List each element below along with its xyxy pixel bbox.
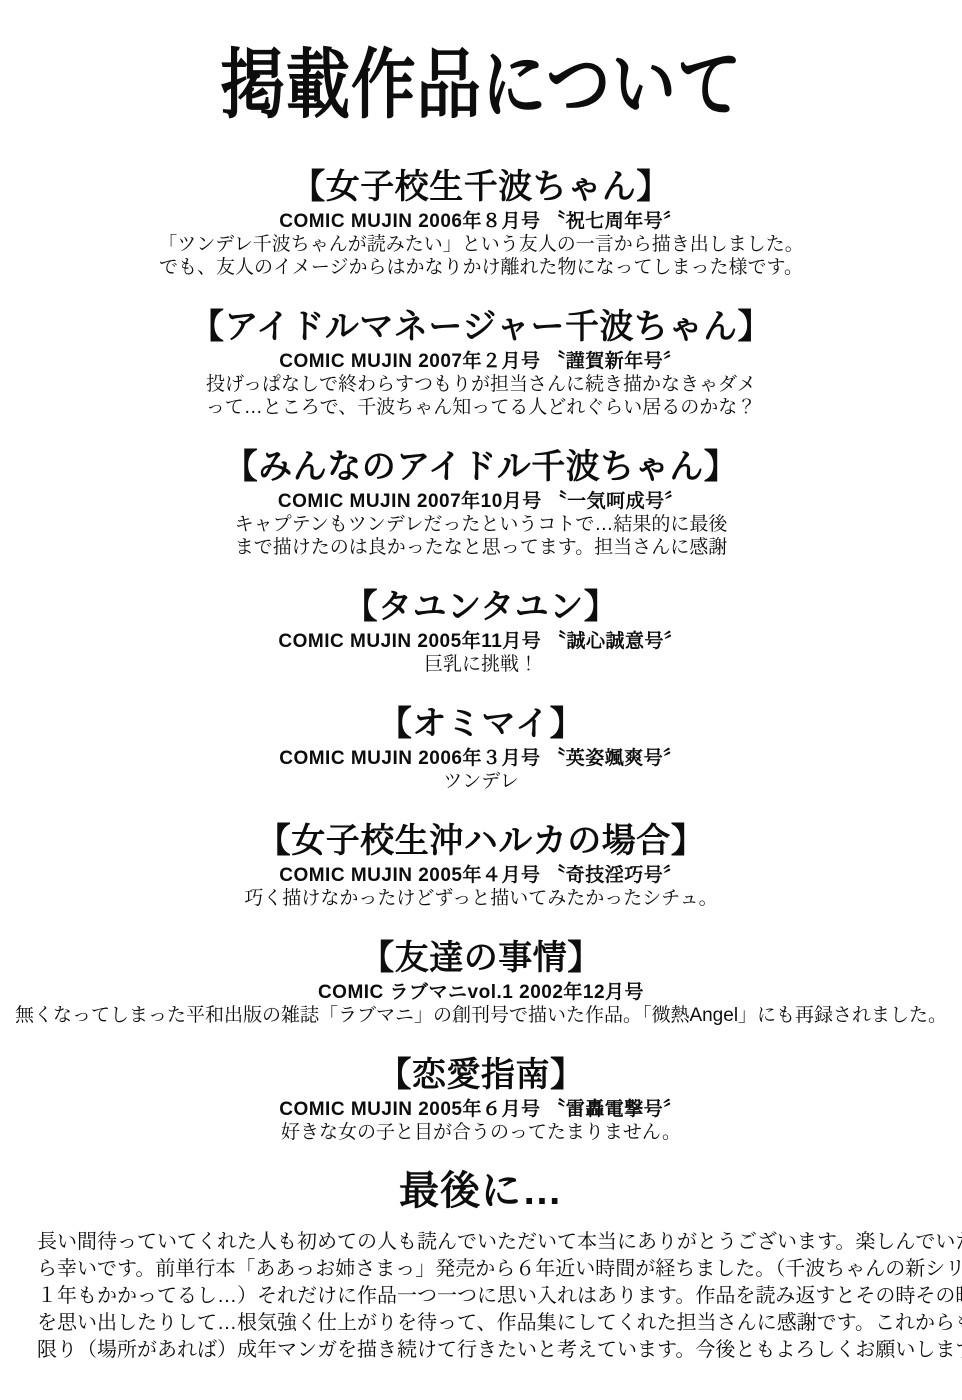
- closing-line: ら幸いです。前単行本「ああっお姉さまっ」発売から６年近い時間が経ちました。（千波…: [37, 1256, 925, 1283]
- work-section: 【友達の事情】 COMIC ラブマニvol.1 2002年12月号 無くなってし…: [0, 935, 962, 1027]
- work-title: 【オミマイ】: [0, 701, 962, 747]
- work-section: 【恋愛指南】 COMIC MUJIN 2005年６月号 〝雷轟電撃号〞 好きな女…: [0, 1052, 962, 1144]
- work-comment: まで描けたのは良かったなと思ってます。担当さんに感謝: [0, 536, 962, 559]
- work-comment: 投げっぱなしで終わらすつもりが担当さんに続き描かなきゃダメ: [0, 373, 962, 396]
- work-title: 【タユンタユン】: [0, 584, 962, 630]
- work-comment: 巨乳に挑戦！: [0, 653, 962, 676]
- work-title: 【みんなのアイドル千波ちゃん】: [0, 444, 962, 490]
- work-title: 【女子校生沖ハルカの場合】: [0, 818, 962, 864]
- work-section: 【アイドルマネージャー千波ちゃん】 COMIC MUJIN 2007年２月号 〝…: [0, 304, 962, 419]
- work-publication: COMIC ラブマニvol.1 2002年12月号: [0, 981, 962, 1004]
- work-publication: COMIC MUJIN 2005年11月号 〝誠心誠意号〞: [0, 630, 962, 653]
- work-section: 【女子校生千波ちゃん】 COMIC MUJIN 2006年８月号 〝祝七周年号〞…: [0, 164, 962, 279]
- work-comment: 無くなってしまった平和出版の雑誌「ラブマニ」の創刊号で描いた作品。「微熱Ange…: [0, 1004, 962, 1027]
- work-comment: 巧く描けなかったけどずっと描いてみたかったシチュ。: [0, 887, 962, 910]
- closing-line: １年もかかってるし…）それだけに作品一つ一つに思い入れはあります。作品を読み返す…: [37, 1283, 925, 1310]
- work-section: 【女子校生沖ハルカの場合】 COMIC MUJIN 2005年４月号 〝奇技淫巧…: [0, 818, 962, 910]
- work-comment: 「ツンデレ千波ちゃんが読みたい」という友人の一言から描き出しました。: [0, 233, 962, 256]
- work-comment: 好きな女の子と目が合うのってたまりません。: [0, 1121, 962, 1144]
- work-section: 【オミマイ】 COMIC MUJIN 2006年３月号 〝英姿颯爽号〞 ツンデレ: [0, 701, 962, 793]
- work-title: 【恋愛指南】: [0, 1052, 962, 1098]
- work-title: 【アイドルマネージャー千波ちゃん】: [0, 304, 962, 350]
- work-publication: COMIC MUJIN 2007年10月号 〝一気呵成号〞: [0, 490, 962, 513]
- work-section: 【タユンタユン】 COMIC MUJIN 2005年11月号 〝誠心誠意号〞 巨…: [0, 584, 962, 676]
- work-publication: COMIC MUJIN 2006年３月号 〝英姿颯爽号〞: [0, 747, 962, 770]
- work-comment: って…ところで、千波ちゃん知ってる人どれぐらい居るのかな？: [0, 396, 962, 419]
- work-comment: でも、友人のイメージからはかなりかけ離れた物になってしまった様です。: [0, 256, 962, 279]
- work-comment: ツンデレ: [0, 770, 962, 793]
- page-title: 掲載作品について: [220, 46, 742, 126]
- closing-line: 長い間待っていてくれた人も初めての人も読んでいただいて本当にありがとうございます…: [37, 1229, 925, 1256]
- work-section: 【みんなのアイドル千波ちゃん】 COMIC MUJIN 2007年10月号 〝一…: [0, 444, 962, 559]
- works-list: 【女子校生千波ちゃん】 COMIC MUJIN 2006年８月号 〝祝七周年号〞…: [0, 164, 962, 1144]
- work-publication: COMIC MUJIN 2005年６月号 〝雷轟電撃号〞: [0, 1098, 962, 1121]
- work-publication: COMIC MUJIN 2006年８月号 〝祝七周年号〞: [0, 210, 962, 233]
- work-title: 【女子校生千波ちゃん】: [0, 164, 962, 210]
- work-publication: COMIC MUJIN 2005年４月号 〝奇技淫巧号〞: [0, 864, 962, 887]
- book-page: 掲載作品について 【女子校生千波ちゃん】 COMIC MUJIN 2006年８月…: [0, 0, 962, 1400]
- closing-line: 限り（場所があれば）成年マンガを描き続けて行きたいと考えています。今後ともよろし…: [37, 1337, 925, 1364]
- work-title: 【友達の事情】: [0, 935, 962, 981]
- closing-paragraph: 長い間待っていてくれた人も初めての人も読んでいただいて本当にありがとうございます…: [37, 1229, 925, 1364]
- closing-section: 最後に… 長い間待っていてくれた人も初めての人も読んでいただいて本当にありがとう…: [0, 1169, 962, 1364]
- work-comment: キャプテンもツンデレだったというコトで…結果的に最後: [0, 513, 962, 536]
- closing-line: を思い出したりして…根気強く仕上がりを待って、作品集にしてくれた担当さんに感謝で…: [37, 1310, 925, 1337]
- work-publication: COMIC MUJIN 2007年２月号 〝謹賀新年号〞: [0, 350, 962, 373]
- closing-heading: 最後に…: [0, 1169, 962, 1213]
